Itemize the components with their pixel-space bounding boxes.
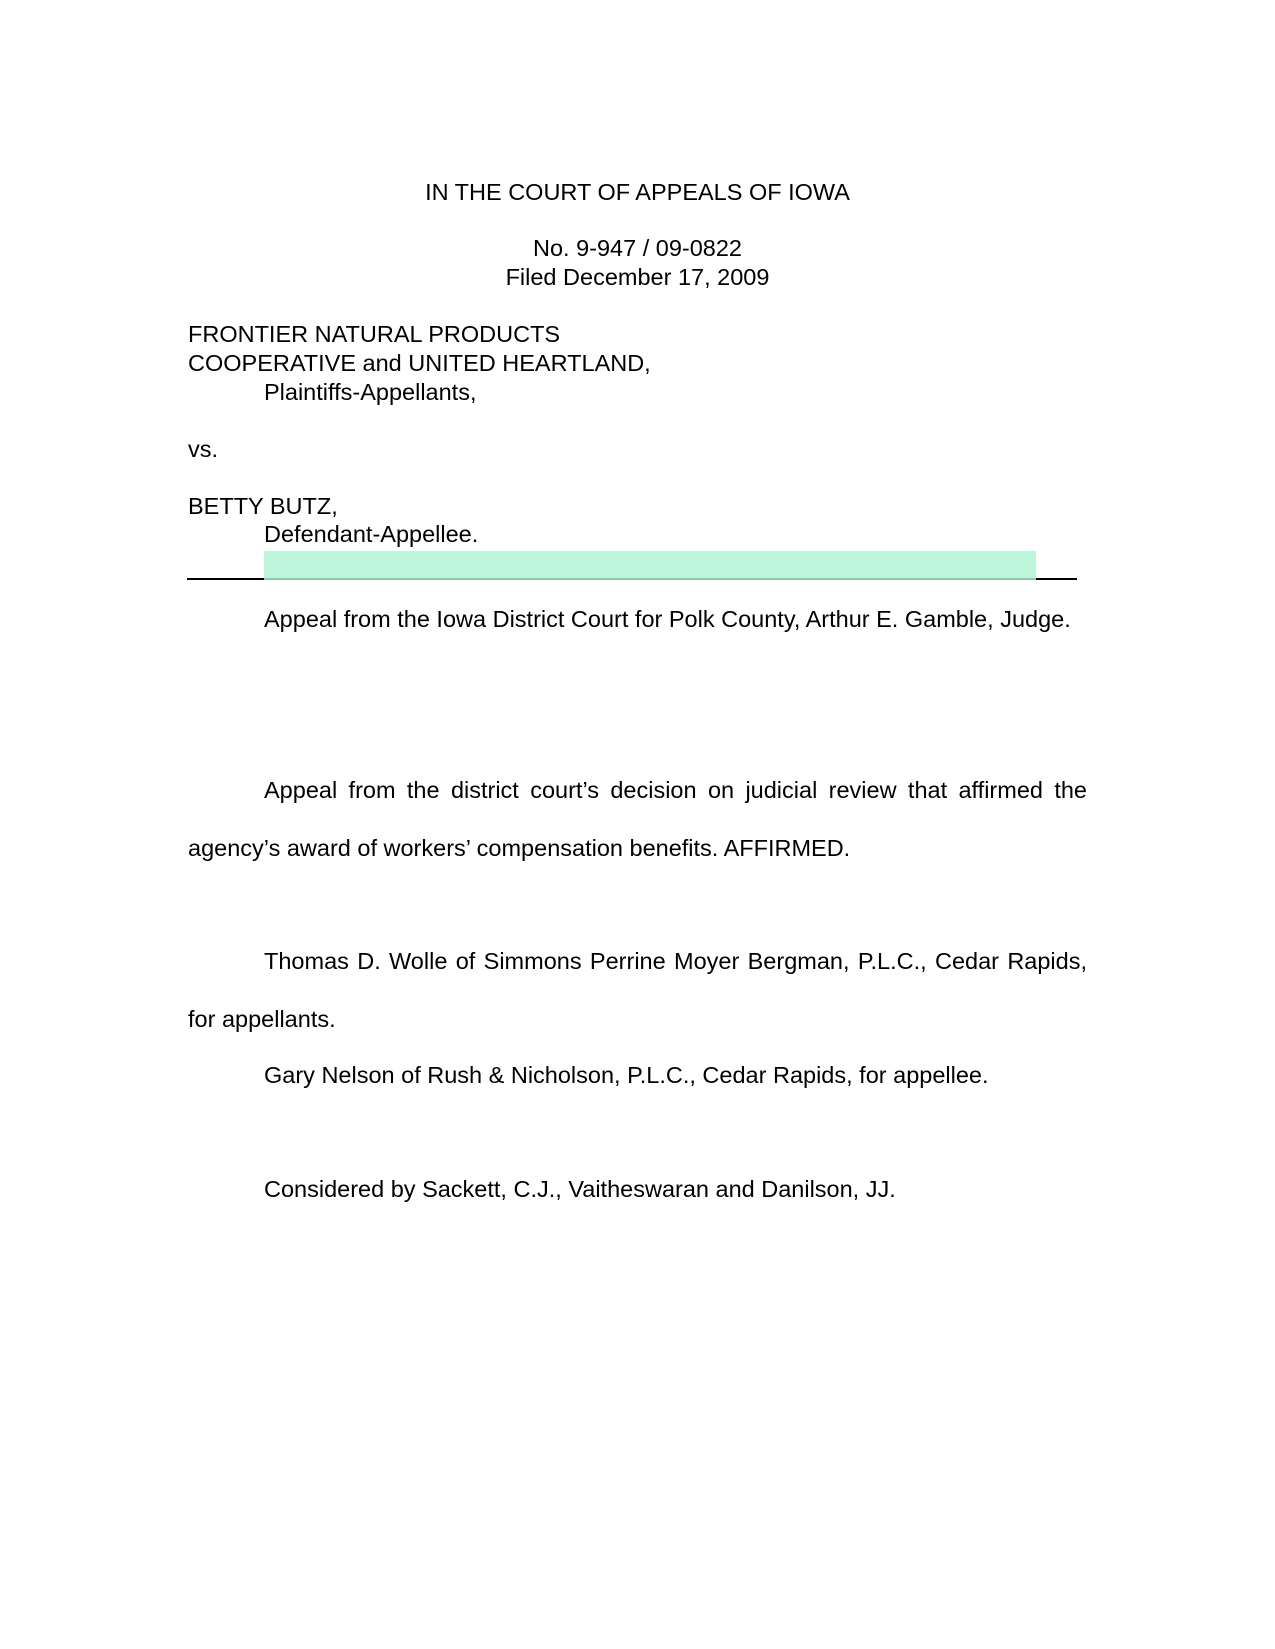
text-selection-highlight [264, 551, 1036, 579]
document-page: IN THE COURT OF APPEALS OF IOWA No. 9-94… [0, 0, 1275, 1649]
counsel-appellee-paragraph: Gary Nelson of Rush & Nicholson, P.L.C.,… [188, 1047, 1087, 1105]
counsel-appellants-paragraph: Thomas D. Wolle of Simmons Perrine Moyer… [188, 933, 1087, 1048]
caption-rule-highlighted [264, 578, 1036, 580]
panel-paragraph: Considered by Sackett, C.J., Vaitheswara… [188, 1161, 1087, 1219]
plaintiffs-name-line2: COOPERATIVE and UNITED HEARTLAND, [188, 349, 651, 378]
defendant-name: BETTY BUTZ, [188, 492, 338, 521]
caption-rule-end [1036, 578, 1077, 580]
versus: vs. [188, 435, 218, 464]
plaintiffs-name-line1: FRONTIER NATURAL PRODUCTS [188, 320, 560, 349]
appeal-from-paragraph: Appeal from the Iowa District Court for … [188, 591, 1087, 649]
defendant-role: Defendant-Appellee. [264, 520, 478, 549]
court-name: IN THE COURT OF APPEALS OF IOWA [0, 178, 1275, 207]
plaintiffs-role: Plaintiffs-Appellants, [264, 378, 477, 407]
case-number: No. 9-947 / 09-0822 [0, 234, 1275, 263]
caption-rule [187, 578, 264, 580]
filed-date: Filed December 17, 2009 [0, 263, 1275, 292]
summary-paragraph: Appeal from the district court’s decisio… [188, 762, 1087, 877]
